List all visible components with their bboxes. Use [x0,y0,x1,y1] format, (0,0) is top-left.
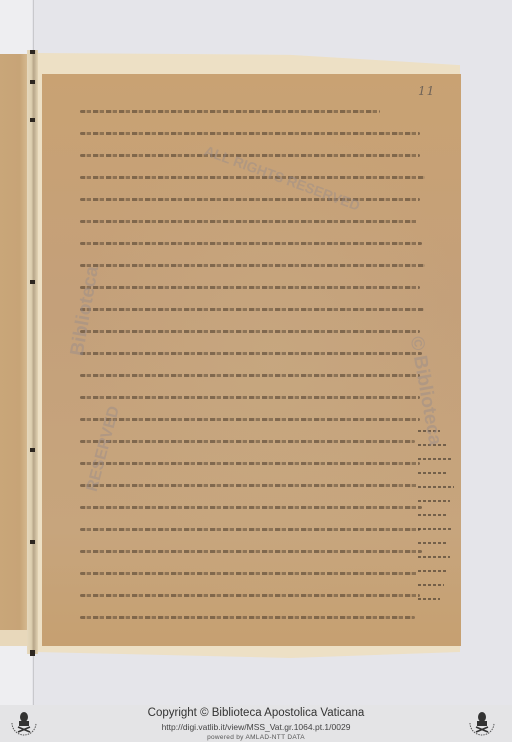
binding-stitch [30,80,35,84]
greek-manuscript-text [80,110,430,630]
manuscript-url[interactable]: http://digi.vatlib.it/view/MSS_Vat.gr.10… [0,722,512,732]
binding-spine [27,50,38,654]
copyright-footer: Copyright © Biblioteca Apostolica Vatica… [0,705,512,742]
binding-stitch [30,540,35,544]
binding-stitch [30,50,35,54]
marginal-notes [418,430,458,620]
vatican-library-seal-icon [466,709,498,739]
facing-page-edge [0,630,28,646]
binding-stitch [30,448,35,452]
manuscript-viewer[interactable]: 11 [0,0,512,705]
facing-page [0,54,28,646]
binding-stitch [30,280,35,284]
folio-number: 11 [418,84,435,98]
binding-stitch [30,650,35,656]
copyright-notice: Copyright © Biblioteca Apostolica Vatica… [0,707,512,719]
powered-by: powered by AMLAD-NTT DATA [0,734,512,741]
binding-stitch [30,118,35,122]
